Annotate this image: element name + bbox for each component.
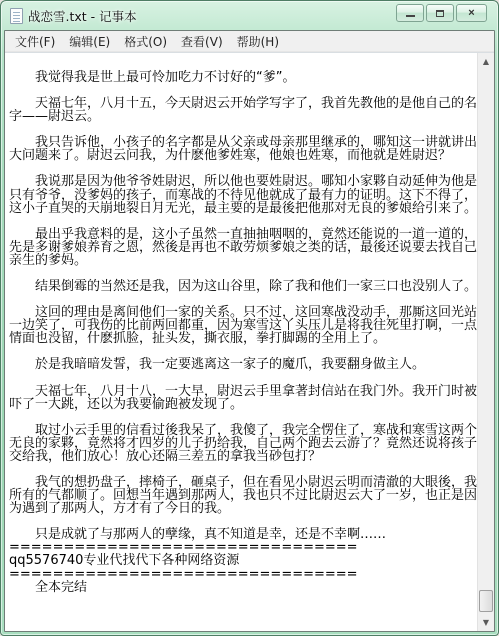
paragraph: 这回的理由是离间他们一家的关系。只不过，这回寒战没动手，那厮这回光站一边笑了，可… — [9, 306, 477, 345]
paragraph: 天福七年，八月十八，一大早，尉迟云手里拿著封信站在我门外。我开门时被吓了一大跳，… — [9, 385, 477, 411]
title-bar[interactable]: 战恋雪.txt - 记事本 × — [1, 1, 498, 30]
paragraph: 我气的想扔盘子，摔椅子，砸桌子，但在看见小尉迟云明而清澈的大眼後，我所有的气都顺… — [9, 476, 477, 515]
scrollbar-thumb[interactable] — [479, 590, 493, 612]
maximize-button[interactable] — [426, 4, 454, 22]
paragraph: 我只告诉他，小孩子的名字都是从父亲或母亲那里继承的，哪知这一讲就讲出大问题来了。… — [9, 136, 477, 162]
minimize-icon — [406, 15, 415, 17]
close-button[interactable]: × — [456, 4, 487, 22]
paragraph: 天福七年，八月十五，今天尉迟云开始学写字了，我首先教他的是他自己的名字——尉迟云… — [9, 97, 477, 123]
menu-item[interactable]: 查看(V) — [174, 31, 230, 52]
menu-item[interactable]: 文件(F) — [8, 31, 62, 52]
paragraph: 我说那是因为他爷爷姓尉迟，所以他也要姓尉迟。哪知小家夥自动延伸为他是只有爷爷，没… — [9, 175, 477, 214]
menu-item[interactable]: 编辑(E) — [62, 31, 117, 52]
menu-item[interactable]: 帮助(H) — [230, 31, 286, 52]
paragraph: 结果倒霉的当然还是我，因为这山谷里，除了我和他们一家三口也没别人了。 — [9, 280, 477, 293]
window-title: 战恋雪.txt - 记事本 — [28, 7, 137, 25]
paragraph-list: 我觉得我是世上最可怜加吃力不讨好的“爹”。 天福七年，八月十五，今天尉迟云开始学… — [9, 71, 477, 541]
notepad-document-icon — [10, 8, 23, 24]
paragraph: 取过小云手里的信看过後我呆了，我傻了，我完全愣住了，寒战和寒雪这两个无良的家夥，… — [9, 424, 477, 463]
editor-region: 我觉得我是世上最可怜加吃力不讨好的“爹”。 天福七年，八月十五，今天尉迟云开始学… — [5, 52, 494, 631]
separator-line: ================================ — [9, 568, 477, 581]
close-icon: × — [468, 8, 474, 19]
client-area: 文件(F) 编辑(E) 格式(O) 查看(V) 帮助(H) 我觉得我是世上最可怜… — [4, 30, 495, 632]
notepad-window: 战恋雪.txt - 记事本 × 文件(F) 编辑(E) 格式(O) 查看(V) … — [0, 0, 499, 636]
scroll-up-arrow-icon[interactable]: ▲ — [478, 53, 494, 70]
paragraph: 於是我暗暗发誓，我一定要逃离这一家子的魔爪，我要翻身做主人。 — [9, 358, 477, 371]
caption-buttons: × — [396, 4, 487, 22]
paragraph: 最出乎我意料的是，这小子虽然一直抽抽咽咽的，竟然还能说的一道一道的，先是多谢爹娘… — [9, 228, 477, 267]
ad-line: qq5576740专业代找代下各种网络资源 — [9, 554, 477, 567]
minimize-button[interactable] — [396, 4, 424, 22]
text-editing-area[interactable]: 我觉得我是世上最可怜加吃力不讨好的“爹”。 天福七年，八月十五，今天尉迟云开始学… — [5, 53, 477, 631]
end-line: 全本完结 — [9, 581, 477, 594]
paragraph: 我觉得我是世上最可怜加吃力不讨好的“爹”。 — [9, 71, 477, 84]
menu-bar: 文件(F) 编辑(E) 格式(O) 查看(V) 帮助(H) — [5, 31, 494, 52]
scroll-down-arrow-icon[interactable]: ▼ — [478, 614, 494, 631]
menu-item[interactable]: 格式(O) — [117, 31, 174, 52]
maximize-icon — [436, 10, 444, 17]
vertical-scrollbar[interactable]: ▲ ▼ — [477, 53, 494, 631]
